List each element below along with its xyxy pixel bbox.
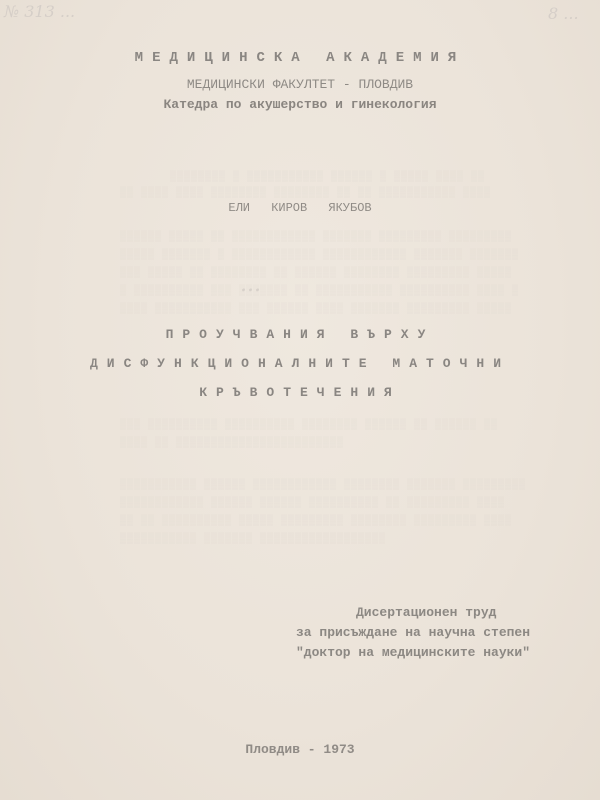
bleed-through-text: ▒▒▒▒▒▒▒▒▒▒▒ ▒▒▒▒▒▒▒ ▒▒▒▒▒▒▒▒▒▒▒▒▒▒▒▒▒▒ (120, 534, 386, 545)
document-page: № 313 ... 8 ... ... ▒▒▒▒▒▒▒▒ ▒ ▒▒▒▒▒▒▒▒▒… (0, 0, 600, 800)
place-and-year: Пловдив - 1973 (0, 742, 600, 757)
bleed-through-text: ▒ ▒▒▒▒▒▒▒▒▒▒ ▒▒▒ ▒▒▒▒▒▒▒ ▒▒ ▒▒▒▒▒▒▒▒▒▒▒ … (120, 286, 519, 297)
handwritten-mark-top-right: 8 ... (548, 4, 579, 23)
bleed-through-text: ▒▒▒▒▒ ▒▒▒▒▒▒▒ ▒ ▒▒▒▒▒▒▒▒▒▒▒▒ ▒▒▒▒▒▒▒▒▒▒▒… (120, 250, 519, 261)
dissertation-note-line-3: "доктор на медицинските науки" (296, 643, 596, 663)
title-line-1: ПРОУЧВАНИЯ ВЪРХУ (0, 327, 600, 342)
title-line-3: КРЪВОТЕЧЕНИЯ (0, 385, 600, 400)
department-heading: Катедра по акушерство и гинекология (0, 97, 600, 112)
bleed-through-text: ▒▒▒▒ ▒▒▒▒▒▒▒▒▒▒▒ ▒▒▒ ▒▒▒▒▒▒ ▒▒▒▒ ▒▒▒▒▒▒▒… (120, 304, 512, 315)
bleed-through-text: ▒▒▒▒▒▒▒▒▒▒▒▒ ▒▒▒▒▒▒ ▒▒▒▒▒▒ ▒▒▒▒▒▒▒▒▒▒ ▒▒… (120, 498, 505, 509)
bleed-through-text: ▒▒▒▒ ▒▒ ▒▒▒▒▒▒▒▒▒▒▒▒▒▒▒▒▒▒▒▒▒▒▒▒ (120, 438, 344, 449)
title-line-2: ДИСФУНКЦИОНАЛНИТЕ МАТОЧНИ (0, 356, 600, 371)
dissertation-note-line-2: за присъждане на научна степен (296, 623, 596, 643)
institution-heading: МЕДИЦИНСКА АКАДЕМИЯ (0, 50, 600, 66)
bleed-through-text: ▒▒▒▒▒▒▒▒▒▒▒ ▒▒▒▒▒▒ ▒▒▒▒▒▒▒▒▒▒▒▒ ▒▒▒▒▒▒▒▒… (120, 480, 526, 491)
author-name: ЕЛИ КИРОВ ЯКУБОВ (0, 201, 600, 215)
bleed-through-text: ▒▒ ▒▒▒▒ ▒▒▒▒ ▒▒▒▒▒▒▒▒ ▒▒▒▒▒▒▒▒ ▒▒ ▒▒ ▒▒▒… (120, 188, 491, 199)
bleed-through-text: ▒▒▒▒▒▒ ▒▒▒▒▒ ▒▒ ▒▒▒▒▒▒▒▒▒▒▒▒ ▒▒▒▒▒▒▒ ▒▒▒… (120, 232, 512, 243)
dissertation-note-line-1: Дисертационен труд (296, 603, 596, 623)
bleed-through-text: ▒▒▒▒▒▒▒▒ ▒ ▒▒▒▒▒▒▒▒▒▒▒ ▒▒▒▒▒▒ ▒ ▒▒▒▒▒ ▒▒… (170, 172, 485, 183)
handwritten-mark-top-left: № 313 ... (4, 2, 75, 21)
faculty-heading: МЕДИЦИНСКИ ФАКУЛТЕТ - ПЛОВДИВ (0, 77, 600, 92)
bleed-through-text: ▒▒▒ ▒▒▒▒▒ ▒▒ ▒▒▒▒▒▒▒▒ ▒▒ ▒▒▒▒▒▒ ▒▒▒▒▒▒▒▒… (120, 268, 512, 279)
bleed-through-text: ▒▒ ▒▒ ▒▒▒▒▒▒▒▒▒▒ ▒▒▒▒▒ ▒▒▒▒▒▒▒▒▒ ▒▒▒▒▒▒▒… (120, 516, 512, 527)
bleed-through-text: ▒▒▒ ▒▒▒▒▒▒▒▒▒▒ ▒▒▒▒▒▒▒▒▒▒ ▒▒▒▒▒▒▒▒ ▒▒▒▒▒… (120, 420, 498, 431)
dissertation-note: Дисертационен труд за присъждане на науч… (296, 603, 596, 663)
